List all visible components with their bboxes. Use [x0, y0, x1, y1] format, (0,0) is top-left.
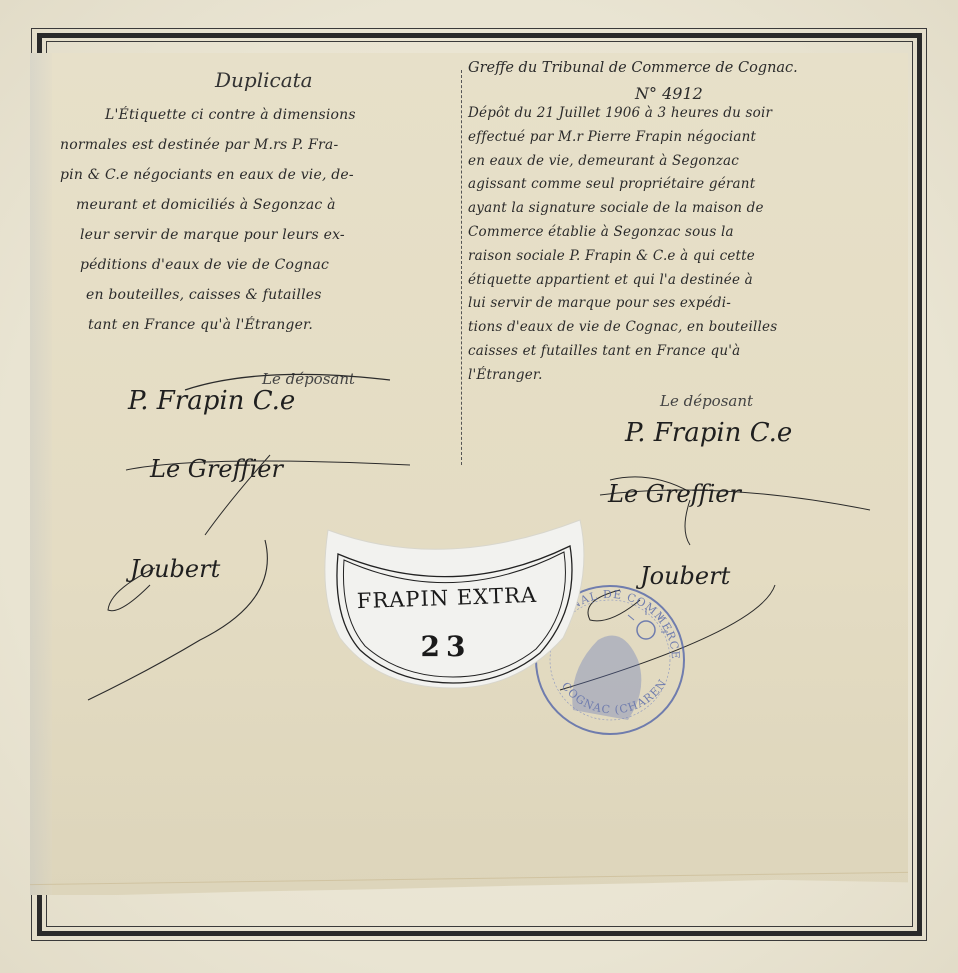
- text-line: effectué par M.r Pierre Frapin négociant: [468, 126, 908, 150]
- right-deposit-text: Dépôt du 21 Juillet 1906 à 3 heures du s…: [468, 102, 908, 388]
- left-declaration-text: L'Étiquette ci contre à dimensions norma…: [60, 100, 455, 340]
- text-line: Commerce établie à Segonzac sous la: [468, 221, 908, 245]
- right-depositor-label: Le déposant: [660, 392, 753, 410]
- text-line: péditions d'eaux de vie de Cognac: [60, 250, 455, 280]
- right-clerk-signature: Le Greffier: [608, 480, 741, 508]
- text-line: lui servir de marque pour ses expédi-: [468, 292, 908, 316]
- label-number-text: 23: [318, 630, 574, 663]
- text-line: meurant et domiciliés à Segonzac à: [60, 190, 455, 220]
- left-clerk-signature: Le Greffier: [150, 455, 283, 483]
- registration-number: N° 4912: [635, 84, 703, 103]
- text-line: l'Étranger.: [468, 364, 908, 388]
- text-line: pin & C.e négociants en eaux de vie, de-: [60, 160, 455, 190]
- text-line: en bouteilles, caisses & futailles: [60, 280, 455, 310]
- text-line: tions d'eaux de vie de Cognac, en boutei…: [468, 316, 908, 340]
- text-line: agissant comme seul propriétaire gérant: [468, 173, 908, 197]
- text-line: Dépôt du 21 Juillet 1906 à 3 heures du s…: [468, 102, 908, 126]
- left-depositor-signature: P. Frapin C.e: [128, 386, 295, 416]
- text-line: caisses et futailles tant en France qu'à: [468, 340, 908, 364]
- text-line: étiquette appartient et qui l'a destinée…: [468, 269, 908, 293]
- duplicata-title: Duplicata: [215, 68, 313, 92]
- text-line: tant en France qu'à l'Étranger.: [60, 310, 455, 340]
- cognac-bottle-label: FRAPIN EXTRA 23: [318, 518, 588, 690]
- right-depositor-signature: P. Frapin C.e: [625, 418, 792, 448]
- text-line: normales est destinée par M.rs P. Fra-: [60, 130, 455, 160]
- text-line: L'Étiquette ci contre à dimensions: [60, 100, 455, 130]
- text-line: ayant la signature sociale de la maison …: [468, 197, 908, 221]
- text-line: raison sociale P. Frapin & C.e à qui cet…: [468, 245, 908, 269]
- column-divider: [461, 70, 462, 465]
- left-clerk-name-signature: Joubert: [130, 555, 220, 583]
- text-line: leur servir de marque pour leurs ex-: [60, 220, 455, 250]
- registry-heading: Greffe du Tribunal de Commerce de Cognac…: [468, 60, 898, 76]
- text-line: en eaux de vie, demeurant à Segonzac: [468, 150, 908, 174]
